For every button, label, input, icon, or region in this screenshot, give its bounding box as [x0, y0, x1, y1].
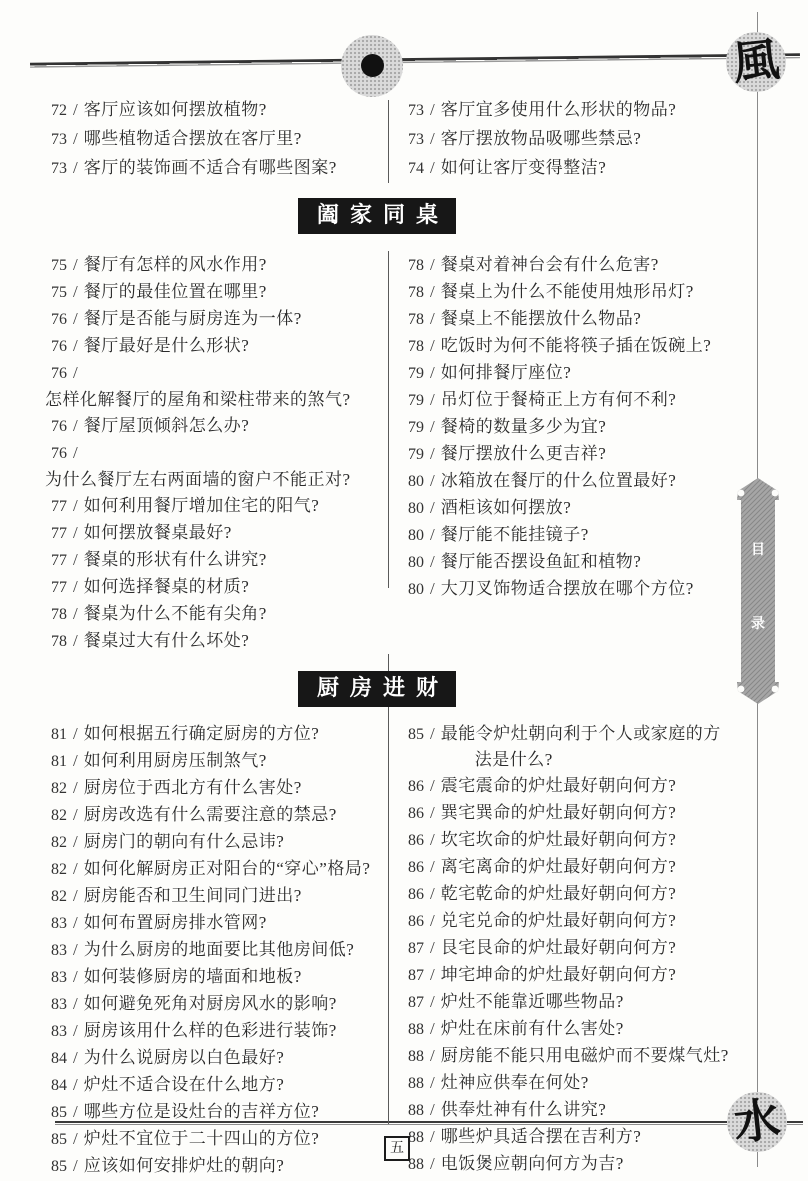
entry-separator: / [73, 1156, 78, 1175]
toc-entry: 80/酒柜该如何摆放? [402, 495, 758, 522]
toc-entry: 78/吃饭时为何不能将筷子插在饭碗上? [402, 333, 758, 360]
entry-title: 餐厅的最佳位置在哪里? [84, 279, 267, 305]
entry-page-number: 85 [45, 1154, 67, 1180]
entry-page-number: 74 [402, 155, 424, 183]
entry-title: 餐桌的形状有什么讲究? [84, 547, 267, 573]
entry-title: 吃饭时为何不能将筷子插在饭碗上? [441, 333, 712, 359]
entry-page-number: 76 [45, 441, 67, 467]
entry-title: 酒柜该如何摆放? [441, 495, 572, 521]
toc-content: 72/客厅应该如何摆放植物? 73/哪些植物适合摆放在客厅里? 73/客厅的装饰… [40, 96, 758, 1180]
entry-separator: / [430, 309, 435, 328]
entry-separator: / [430, 1046, 435, 1065]
entry-page-number: 81 [45, 722, 67, 748]
entry-title: 如何装修厨房的墙面和地板? [84, 964, 302, 990]
entry-page-number: 78 [402, 307, 424, 333]
toc-entry: 75/餐厅有怎样的风水作用? [45, 252, 388, 279]
entry-page-number: 76 [45, 307, 67, 333]
entry-separator: / [73, 129, 78, 148]
entry-separator: / [73, 523, 78, 542]
toc-entry: 76/怎样化解餐厅的屋角和梁柱带来的煞气? [45, 360, 388, 413]
toc-entry: 87/坤宅坤命的炉灶最好朝向何方? [402, 962, 758, 989]
entry-title: 厨房门的朝向有什么忌讳? [84, 829, 285, 855]
entry-separator: / [430, 776, 435, 795]
toc-entry: 88/哪些炉具适合摆在吉利方? [402, 1124, 758, 1151]
entry-separator: / [73, 805, 78, 824]
toc-entry: 83/为什么厨房的地面要比其他房间低? [45, 937, 388, 964]
toc-entry: 85/哪些方位是设灶台的吉祥方位? [45, 1099, 388, 1126]
entry-title: 炉灶不能靠近哪些物品? [441, 989, 624, 1015]
toc-entry: 84/为什么说厨房以白色最好? [45, 1045, 388, 1072]
toc-entry: 76/餐厅是否能与厨房连为一体? [45, 306, 388, 333]
entry-title: 为什么餐厅左右两面墙的窗户不能正对? [45, 467, 351, 493]
toc-entry: 80/餐厅能否摆设鱼缸和植物? [402, 549, 758, 576]
entry-separator: / [73, 550, 78, 569]
entry-page-number: 83 [45, 911, 67, 937]
entry-separator: / [73, 1129, 78, 1148]
toc-entry: 75/餐厅的最佳位置在哪里? [45, 279, 388, 306]
page-number-box: 五 [384, 1136, 410, 1161]
toc-entry: 73/客厅宜多使用什么形状的物品? [402, 96, 758, 125]
entry-page-number: 88 [402, 1071, 424, 1097]
entry-page-number: 87 [402, 990, 424, 1016]
toc-entry: 78/餐桌过大有什么坏处? [45, 628, 388, 655]
entry-title: 离宅离命的炉灶最好朝向何方? [441, 854, 677, 880]
entry-separator: / [430, 911, 435, 930]
entry-page-number: 80 [402, 577, 424, 603]
section-title: 阖家同桌 [298, 198, 456, 234]
toc-entry: 85/炉灶不宜位于二十四山的方位? [45, 1126, 388, 1153]
entry-page-number: 86 [402, 828, 424, 854]
toc-column-right: 78/餐桌对着神台会有什么危害? 78/餐桌上为什么不能使用烛形吊灯? 78/餐… [388, 252, 758, 603]
entry-title: 厨房该用什么样的色彩进行装饰? [84, 1018, 337, 1044]
entry-title: 餐桌过大有什么坏处? [84, 628, 250, 654]
entry-separator: / [73, 100, 78, 119]
toc-entry: 88/灶神应供奉在何处? [402, 1070, 758, 1097]
toc-entry: 73/客厅的装饰画不适合有哪些图案? [45, 154, 388, 183]
entry-title: 艮宅艮命的炉灶最好朝向何方? [441, 935, 677, 961]
toc-entry: 80/大刀叉饰物适合摆放在哪个方位? [402, 576, 758, 603]
entry-separator: / [430, 100, 435, 119]
banner-character-lu: 录 [732, 618, 784, 632]
entry-title: 震宅震命的炉灶最好朝向何方? [441, 773, 677, 799]
entry-separator: / [73, 416, 78, 435]
toc-section-kitchen: 厨房进财 81/如何根据五行确定厨房的方位? 81/如何利用厨房压制煞气? 82… [40, 671, 758, 1180]
entry-separator: / [430, 724, 435, 743]
entry-separator: / [430, 938, 435, 957]
entry-page-number: 82 [45, 830, 67, 856]
toc-entry: 88/电饭煲应朝向何方为吉? [402, 1151, 758, 1178]
entry-page-number: 77 [45, 548, 67, 574]
entry-page-number: 88 [402, 1017, 424, 1043]
toc-entry: 88/炉灶在床前有什么害处? [402, 1016, 758, 1043]
toc-entry: 82/厨房门的朝向有什么忌讳? [45, 829, 388, 856]
entry-page-number: 84 [45, 1073, 67, 1099]
entry-title: 客厅的装饰画不适合有哪些图案? [84, 154, 337, 182]
entry-separator: / [430, 444, 435, 463]
entry-page-number: 88 [402, 1044, 424, 1070]
entry-page-number: 81 [45, 749, 67, 775]
entry-separator: / [430, 992, 435, 1011]
banner-shape [732, 478, 784, 704]
toc-entry: 88/供奉灶神有什么讲究? [402, 1097, 758, 1124]
toc-entry: 76/为什么餐厅左右两面墙的窗户不能正对? [45, 440, 388, 493]
entry-separator: / [430, 525, 435, 544]
entry-separator: / [73, 1075, 78, 1094]
entry-page-number: 76 [45, 414, 67, 440]
entry-separator: / [73, 158, 78, 177]
section-title: 厨房进财 [298, 671, 456, 707]
toc-entry: 83/如何布置厨房排水管网? [45, 910, 388, 937]
entry-separator: / [73, 255, 78, 274]
entry-separator: / [430, 552, 435, 571]
toc-entry: 82/如何化解厨房正对阳台的“穿心”格局? [45, 856, 388, 883]
entry-title: 哪些植物适合摆放在客厅里? [84, 125, 302, 153]
entry-title: 怎样化解餐厅的屋角和梁柱带来的煞气? [45, 387, 351, 413]
toc-entry: 77/如何选择餐桌的材质? [45, 574, 388, 601]
entry-separator: / [73, 336, 78, 355]
entry-title: 乾宅乾命的炉灶最好朝向何方? [441, 881, 677, 907]
entry-page-number: 83 [45, 1019, 67, 1045]
entry-page-number: 85 [45, 1100, 67, 1126]
toc-entry: 79/餐椅的数量多少为宜? [402, 414, 758, 441]
toc-entry: 85/应该如何安排炉灶的朝向? [45, 1153, 388, 1180]
entry-page-number: 83 [45, 992, 67, 1018]
entry-title: 灶神应供奉在何处? [441, 1070, 589, 1096]
entry-title: 餐厅屋顶倾斜怎么办? [84, 413, 250, 439]
entry-page-number: 73 [45, 126, 67, 154]
entry-separator: / [73, 282, 78, 301]
toc-section-dining-room: 阖家同桌 75/餐厅有怎样的风水作用? 75/餐厅的最佳位置在哪里? 76/餐厅… [40, 198, 758, 655]
toc-entry: 76/餐厅屋顶倾斜怎么办? [45, 413, 388, 440]
toc-entry: 86/坎宅坎命的炉灶最好朝向何方? [402, 827, 758, 854]
toc-entry: 86/乾宅乾命的炉灶最好朝向何方? [402, 881, 758, 908]
water-character: 水 [732, 1097, 783, 1148]
entry-title: 客厅宜多使用什么形状的物品? [441, 96, 677, 124]
entry-separator: / [73, 1021, 78, 1040]
entry-page-number: 79 [402, 388, 424, 414]
entry-title: 如何选择餐桌的材质? [84, 574, 250, 600]
entry-page-number: 86 [402, 855, 424, 881]
toc-column-right: 85/最能令炉灶朝向利于个人或家庭的方 法是什么? 86/震宅震命的炉灶最好朝向… [388, 721, 758, 1178]
entry-page-number: 75 [45, 280, 67, 306]
entry-separator: / [430, 1073, 435, 1092]
entry-title: 餐桌为什么不能有尖角? [84, 601, 267, 627]
toc-entry: 79/吊灯位于餐椅正上方有何不利? [402, 387, 758, 414]
entry-page-number: 80 [402, 523, 424, 549]
toc-entry: 74/如何让客厅变得整洁? [402, 154, 758, 183]
entry-page-number: 73 [45, 155, 67, 183]
entry-separator: / [430, 363, 435, 382]
entry-separator: / [73, 577, 78, 596]
entry-page-number: 83 [45, 938, 67, 964]
entry-separator: / [430, 1100, 435, 1119]
entry-page-number: 83 [45, 965, 67, 991]
toc-entry: 88/厨房能不能只用电磁炉而不要煤气灶? [402, 1043, 758, 1070]
entry-title: 餐厅摆放什么更吉祥? [441, 441, 607, 467]
entry-title: 炉灶不宜位于二十四山的方位? [84, 1126, 320, 1152]
entry-separator: / [430, 965, 435, 984]
entry-title: 厨房能不能只用电磁炉而不要煤气灶? [441, 1043, 729, 1069]
toc-entry: 77/餐桌的形状有什么讲究? [45, 547, 388, 574]
toc-entry: 80/冰箱放在餐厅的什么位置最好? [402, 468, 758, 495]
banner-character-mu: 目 [732, 544, 784, 558]
toc-entry: 78/餐桌为什么不能有尖角? [45, 601, 388, 628]
entry-title: 最能令炉灶朝向利于个人或家庭的方 法是什么? [441, 721, 721, 773]
entry-separator: / [430, 579, 435, 598]
entry-separator: / [430, 471, 435, 490]
section-header-wrap: 厨房进财 [40, 671, 758, 707]
entry-title: 炉灶不适合设在什么地方? [84, 1072, 285, 1098]
entry-separator: / [73, 604, 78, 623]
entry-title: 如何摆放餐桌最好? [84, 520, 232, 546]
entry-title: 哪些炉具适合摆在吉利方? [441, 1124, 642, 1150]
toc-entry: 73/客厅摆放物品吸哪些禁忌? [402, 125, 758, 154]
entry-title: 哪些方位是设灶台的吉祥方位? [84, 1099, 320, 1125]
entry-page-number: 86 [402, 801, 424, 827]
entry-page-number: 78 [402, 253, 424, 279]
entry-page-number: 78 [45, 602, 67, 628]
entry-page-number: 80 [402, 469, 424, 495]
entry-page-number: 84 [45, 1046, 67, 1072]
entry-title: 兑宅兑命的炉灶最好朝向何方? [441, 908, 677, 934]
entry-title: 电饭煲应朝向何方为吉? [441, 1151, 624, 1177]
entry-page-number: 78 [45, 629, 67, 655]
entry-separator: / [73, 1048, 78, 1067]
entry-separator: / [73, 994, 78, 1013]
toc-entry: 80/餐厅能不能挂镜子? [402, 522, 758, 549]
toc-entry: 78/餐桌上为什么不能使用烛形吊灯? [402, 279, 758, 306]
wind-seal: 風 [726, 32, 786, 92]
entry-page-number: 80 [402, 550, 424, 576]
entry-separator: / [73, 309, 78, 328]
entry-page-number: 77 [45, 494, 67, 520]
contents-banner: 目 录 [732, 478, 784, 704]
entry-separator: / [73, 1102, 78, 1121]
toc-entry: 87/炉灶不能靠近哪些物品? [402, 989, 758, 1016]
entry-separator: / [73, 751, 78, 770]
entry-title: 如何排餐厅座位? [441, 360, 572, 386]
entry-page-number: 79 [402, 442, 424, 468]
entry-page-number: 82 [45, 803, 67, 829]
section-header-wrap: 阖家同桌 [40, 198, 758, 234]
entry-title: 餐厅有怎样的风水作用? [84, 252, 267, 278]
toc-entry: 77/如何利用餐厅增加住宅的阳气? [45, 493, 388, 520]
entry-separator: / [73, 496, 78, 515]
entry-title: 如何根据五行确定厨房的方位? [84, 721, 320, 747]
entry-separator: / [73, 778, 78, 797]
entry-separator: / [430, 498, 435, 517]
entry-title: 餐厅能否摆设鱼缸和植物? [441, 549, 642, 575]
entry-page-number: 85 [45, 1127, 67, 1153]
toc-entry: 79/餐厅摆放什么更吉祥? [402, 441, 758, 468]
entry-separator: / [430, 390, 435, 409]
entry-separator: / [430, 1154, 435, 1173]
toc-entry: 83/如何装修厨房的墙面和地板? [45, 964, 388, 991]
entry-separator: / [73, 886, 78, 905]
entry-page-number: 86 [402, 909, 424, 935]
entry-title: 餐桌上为什么不能使用烛形吊灯? [441, 279, 694, 305]
toc-entry: 82/厨房位于西北方有什么害处? [45, 775, 388, 802]
toc-entry: 86/巽宅巽命的炉灶最好朝向何方? [402, 800, 758, 827]
toc-entry: 82/厨房能否和卫生间同门进出? [45, 883, 388, 910]
entry-title: 坤宅坤命的炉灶最好朝向何方? [441, 962, 677, 988]
entry-title: 为什么厨房的地面要比其他房间低? [84, 937, 355, 963]
entry-page-number: 78 [402, 280, 424, 306]
toc-column-left: 81/如何根据五行确定厨房的方位? 81/如何利用厨房压制煞气? 82/厨房位于… [40, 721, 388, 1180]
entry-page-number: 76 [45, 334, 67, 360]
top-center-ornament [341, 35, 403, 97]
toc-entry: 73/哪些植物适合摆放在客厅里? [45, 125, 388, 154]
toc-entry: 83/厨房该用什么样的色彩进行装饰? [45, 1018, 388, 1045]
toc-entry: 82/厨房改选有什么需要注意的禁忌? [45, 802, 388, 829]
entry-page-number: 85 [402, 722, 424, 748]
toc-column-left: 72/客厅应该如何摆放植物? 73/哪些植物适合摆放在客厅里? 73/客厅的装饰… [40, 96, 388, 183]
entry-title: 厨房位于西北方有什么害处? [84, 775, 302, 801]
toc-entry: 81/如何根据五行确定厨房的方位? [45, 721, 388, 748]
entry-page-number: 82 [45, 776, 67, 802]
entry-separator: / [430, 158, 435, 177]
entry-title: 餐桌对着神台会有什么危害? [441, 252, 659, 278]
entry-separator: / [430, 803, 435, 822]
entry-separator: / [430, 830, 435, 849]
entry-title: 如何布置厨房排水管网? [84, 910, 267, 936]
entry-page-number: 75 [45, 253, 67, 279]
toc-entry: 86/兑宅兑命的炉灶最好朝向何方? [402, 908, 758, 935]
entry-separator: / [430, 336, 435, 355]
toc-entry: 83/如何避免死角对厨房风水的影响? [45, 991, 388, 1018]
entry-separator: / [73, 631, 78, 650]
toc-entry: 84/炉灶不适合设在什么地方? [45, 1072, 388, 1099]
entry-separator: / [430, 129, 435, 148]
entry-title: 餐桌上不能摆放什么物品? [441, 306, 642, 332]
entry-title: 餐厅最好是什么形状? [84, 333, 250, 359]
wind-character: 風 [731, 37, 782, 88]
entry-title: 厨房改选有什么需要注意的禁忌? [84, 802, 337, 828]
toc-entry: 85/最能令炉灶朝向利于个人或家庭的方 法是什么? [402, 721, 758, 773]
entry-title: 吊灯位于餐椅正上方有何不利? [441, 387, 677, 413]
entry-title: 如何让客厅变得整洁? [441, 154, 607, 182]
entry-page-number: 82 [45, 884, 67, 910]
toc-entry: 78/餐桌上不能摆放什么物品? [402, 306, 758, 333]
toc-column-left: 75/餐厅有怎样的风水作用? 75/餐厅的最佳位置在哪里? 76/餐厅是否能与厨… [40, 252, 388, 655]
entry-page-number: 88 [402, 1098, 424, 1124]
book-page: 風 水 目 录 72/客厅应该如何摆放植物? [0, 0, 808, 1181]
entry-title: 炉灶在床前有什么害处? [441, 1016, 624, 1042]
entry-page-number: 80 [402, 496, 424, 522]
entry-title: 如何利用餐厅增加住宅的阳气? [84, 493, 320, 519]
entry-page-number: 73 [402, 97, 424, 125]
entry-title: 为什么说厨房以白色最好? [84, 1045, 285, 1071]
entry-separator: / [430, 884, 435, 903]
toc-section-living-room: 72/客厅应该如何摆放植物? 73/哪些植物适合摆放在客厅里? 73/客厅的装饰… [40, 96, 758, 183]
toc-entry: 86/离宅离命的炉灶最好朝向何方? [402, 854, 758, 881]
entry-title: 巽宅巽命的炉灶最好朝向何方? [441, 800, 677, 826]
entry-title: 客厅摆放物品吸哪些禁忌? [441, 125, 642, 153]
entry-page-number: 77 [45, 521, 67, 547]
entry-title: 客厅应该如何摆放植物? [84, 96, 267, 124]
water-seal: 水 [727, 1092, 787, 1152]
entry-separator: / [430, 1019, 435, 1038]
entry-page-number: 78 [402, 334, 424, 360]
entry-title: 应该如何安排炉灶的朝向? [84, 1153, 285, 1179]
toc-column-right: 73/客厅宜多使用什么形状的物品? 73/客厅摆放物品吸哪些禁忌? 74/如何让… [388, 96, 758, 183]
entry-page-number: 87 [402, 963, 424, 989]
toc-entry: 86/震宅震命的炉灶最好朝向何方? [402, 773, 758, 800]
entry-separator: / [430, 857, 435, 876]
entry-title: 如何化解厨房正对阳台的“穿心”格局? [84, 856, 371, 882]
toc-entry: 81/如何利用厨房压制煞气? [45, 748, 388, 775]
entry-page-number: 79 [402, 361, 424, 387]
entry-page-number: 77 [45, 575, 67, 601]
entry-title: 餐厅能不能挂镜子? [441, 522, 589, 548]
entry-title: 供奉灶神有什么讲究? [441, 1097, 607, 1123]
entry-title: 冰箱放在餐厅的什么位置最好? [441, 468, 677, 494]
entry-page-number: 87 [402, 936, 424, 962]
entry-page-number: 86 [402, 882, 424, 908]
toc-entry: 79/如何排餐厅座位? [402, 360, 758, 387]
entry-page-number: 73 [402, 126, 424, 154]
entry-title: 坎宅坎命的炉灶最好朝向何方? [441, 827, 677, 853]
entry-page-number: 86 [402, 774, 424, 800]
entry-separator: / [430, 417, 435, 436]
entry-separator: / [73, 724, 78, 743]
entry-separator: / [430, 1127, 435, 1146]
toc-entry: 72/客厅应该如何摆放植物? [45, 96, 388, 125]
ornament-core-dot [361, 54, 384, 77]
entry-page-number: 76 [45, 361, 67, 387]
entry-separator: / [73, 363, 78, 382]
entry-title: 大刀叉饰物适合摆放在哪个方位? [441, 576, 694, 602]
entry-separator: / [73, 832, 78, 851]
entry-separator: / [73, 913, 78, 932]
top-rule [30, 53, 800, 67]
entry-title: 餐椅的数量多少为宜? [441, 414, 607, 440]
toc-entry: 77/如何摆放餐桌最好? [45, 520, 388, 547]
entry-title: 厨房能否和卫生间同门进出? [84, 883, 302, 909]
entry-page-number: 72 [45, 97, 67, 125]
toc-entry: 87/艮宅艮命的炉灶最好朝向何方? [402, 935, 758, 962]
entry-separator: / [430, 255, 435, 274]
entry-separator: / [73, 967, 78, 986]
entry-page-number: 79 [402, 415, 424, 441]
entry-separator: / [73, 443, 78, 462]
entry-page-number: 82 [45, 857, 67, 883]
entry-separator: / [430, 282, 435, 301]
entry-title: 如何利用厨房压制煞气? [84, 748, 267, 774]
entry-separator: / [73, 940, 78, 959]
toc-entry: 78/餐桌对着神台会有什么危害? [402, 252, 758, 279]
entry-title: 如何避免死角对厨房风水的影响? [84, 991, 337, 1017]
entry-title: 餐厅是否能与厨房连为一体? [84, 306, 302, 332]
entry-separator: / [73, 859, 78, 878]
toc-entry: 76/餐厅最好是什么形状? [45, 333, 388, 360]
